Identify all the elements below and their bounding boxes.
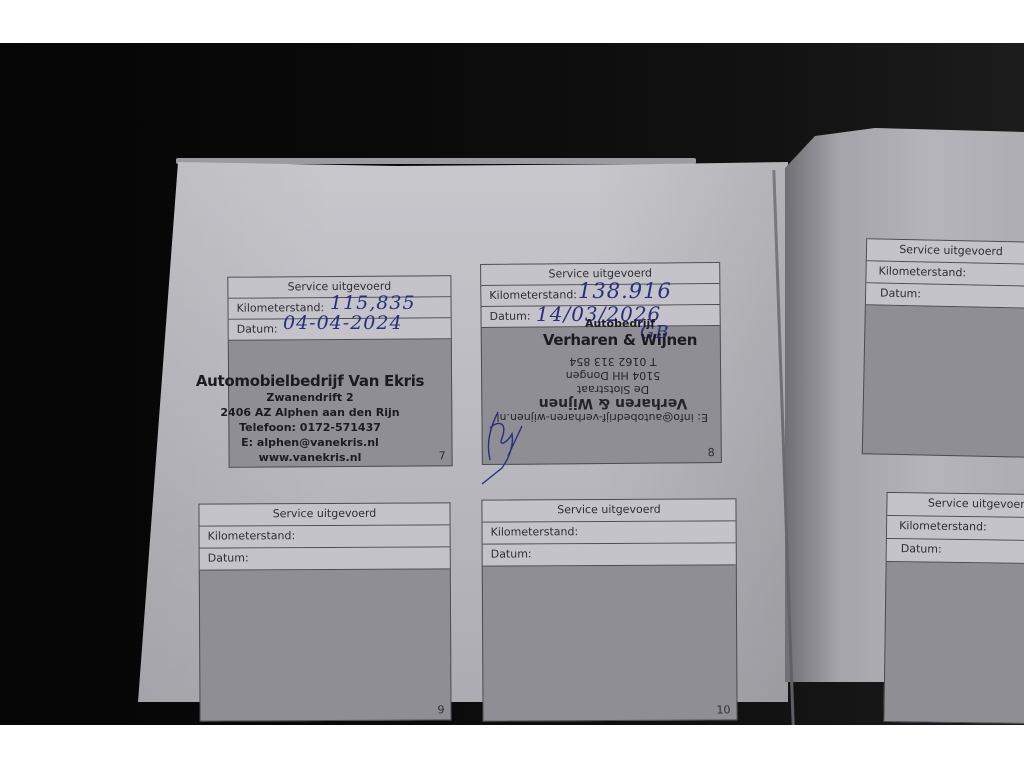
page-number: 10: [716, 703, 730, 716]
stamp-company: Verharen & Wijnen: [518, 396, 708, 410]
stamp-address: De Slotstraat: [518, 382, 708, 396]
service-entry-12: Service uitgevoerd Kilometerstand: Datum…: [883, 492, 1024, 724]
stamp-phone: T 0162 313 854: [518, 354, 708, 368]
stamp-city: 5104 HH Dongen: [518, 368, 708, 382]
date-value-handwritten: 04-04-2024: [283, 312, 403, 334]
top-border: [0, 0, 1024, 43]
stamp-email: E: info@autobedrijf-verharen-wijnen.nl: [518, 410, 708, 424]
page-number: 8: [708, 446, 715, 459]
date-label: Datum:: [200, 547, 450, 570]
mileage-label: Kilometerstand:: [200, 525, 450, 548]
signature: [478, 398, 528, 488]
mileage-label: Kilometerstand:: [887, 516, 1024, 541]
dealer-stamp-inverted: E: info@autobedrijf-verharen-wijnen.nl V…: [518, 354, 708, 424]
service-entry-9: Service uitgevoerd Kilometerstand: Datum…: [198, 502, 451, 721]
stamp-email: E: alphen@vanekris.nl: [185, 435, 435, 450]
stamp-company: Automobielbedrijf Van Ekris: [185, 372, 435, 390]
date-label: Datum:: [866, 283, 1024, 309]
stamp-heading: Autobedrijf: [530, 316, 710, 331]
page-number: 9: [437, 703, 444, 716]
entry-title: Service uitgevoerd: [199, 503, 449, 526]
mileage-value-handwritten: 115,835: [330, 292, 416, 314]
date-label: Datum:: [483, 543, 736, 566]
service-entry-11: Service uitgevoerd Kilometerstand: Datum…: [862, 238, 1024, 458]
dealer-stamp-upright: Autobedrijf Verharen & Wijnen: [530, 316, 710, 349]
stamp-city: 2406 AZ Alphen aan den Rijn: [185, 405, 435, 420]
stamp-phone: Telefoon: 0172-571437: [185, 420, 435, 435]
dealer-stamp: Automobielbedrijf Van Ekris Zwanendrift …: [185, 372, 435, 465]
entry-title: Service uitgevoerd: [887, 493, 1024, 518]
stamp-company: Verharen & Wijnen: [530, 331, 710, 349]
page-number: 7: [439, 449, 446, 462]
mileage-value-handwritten: 138.916: [578, 279, 672, 303]
stamp-website: www.vanekris.nl: [185, 450, 435, 465]
mileage-label: Kilometerstand:: [483, 521, 736, 544]
stamp-address: Zwanendrift 2: [185, 390, 435, 405]
bottom-border: [0, 725, 1024, 768]
page-stack-edge: [176, 158, 696, 164]
date-label: Datum:: [887, 539, 1024, 564]
entry-title: Service uitgevoerd: [482, 499, 735, 522]
service-entry-10: Service uitgevoerd Kilometerstand: Datum…: [481, 498, 737, 721]
